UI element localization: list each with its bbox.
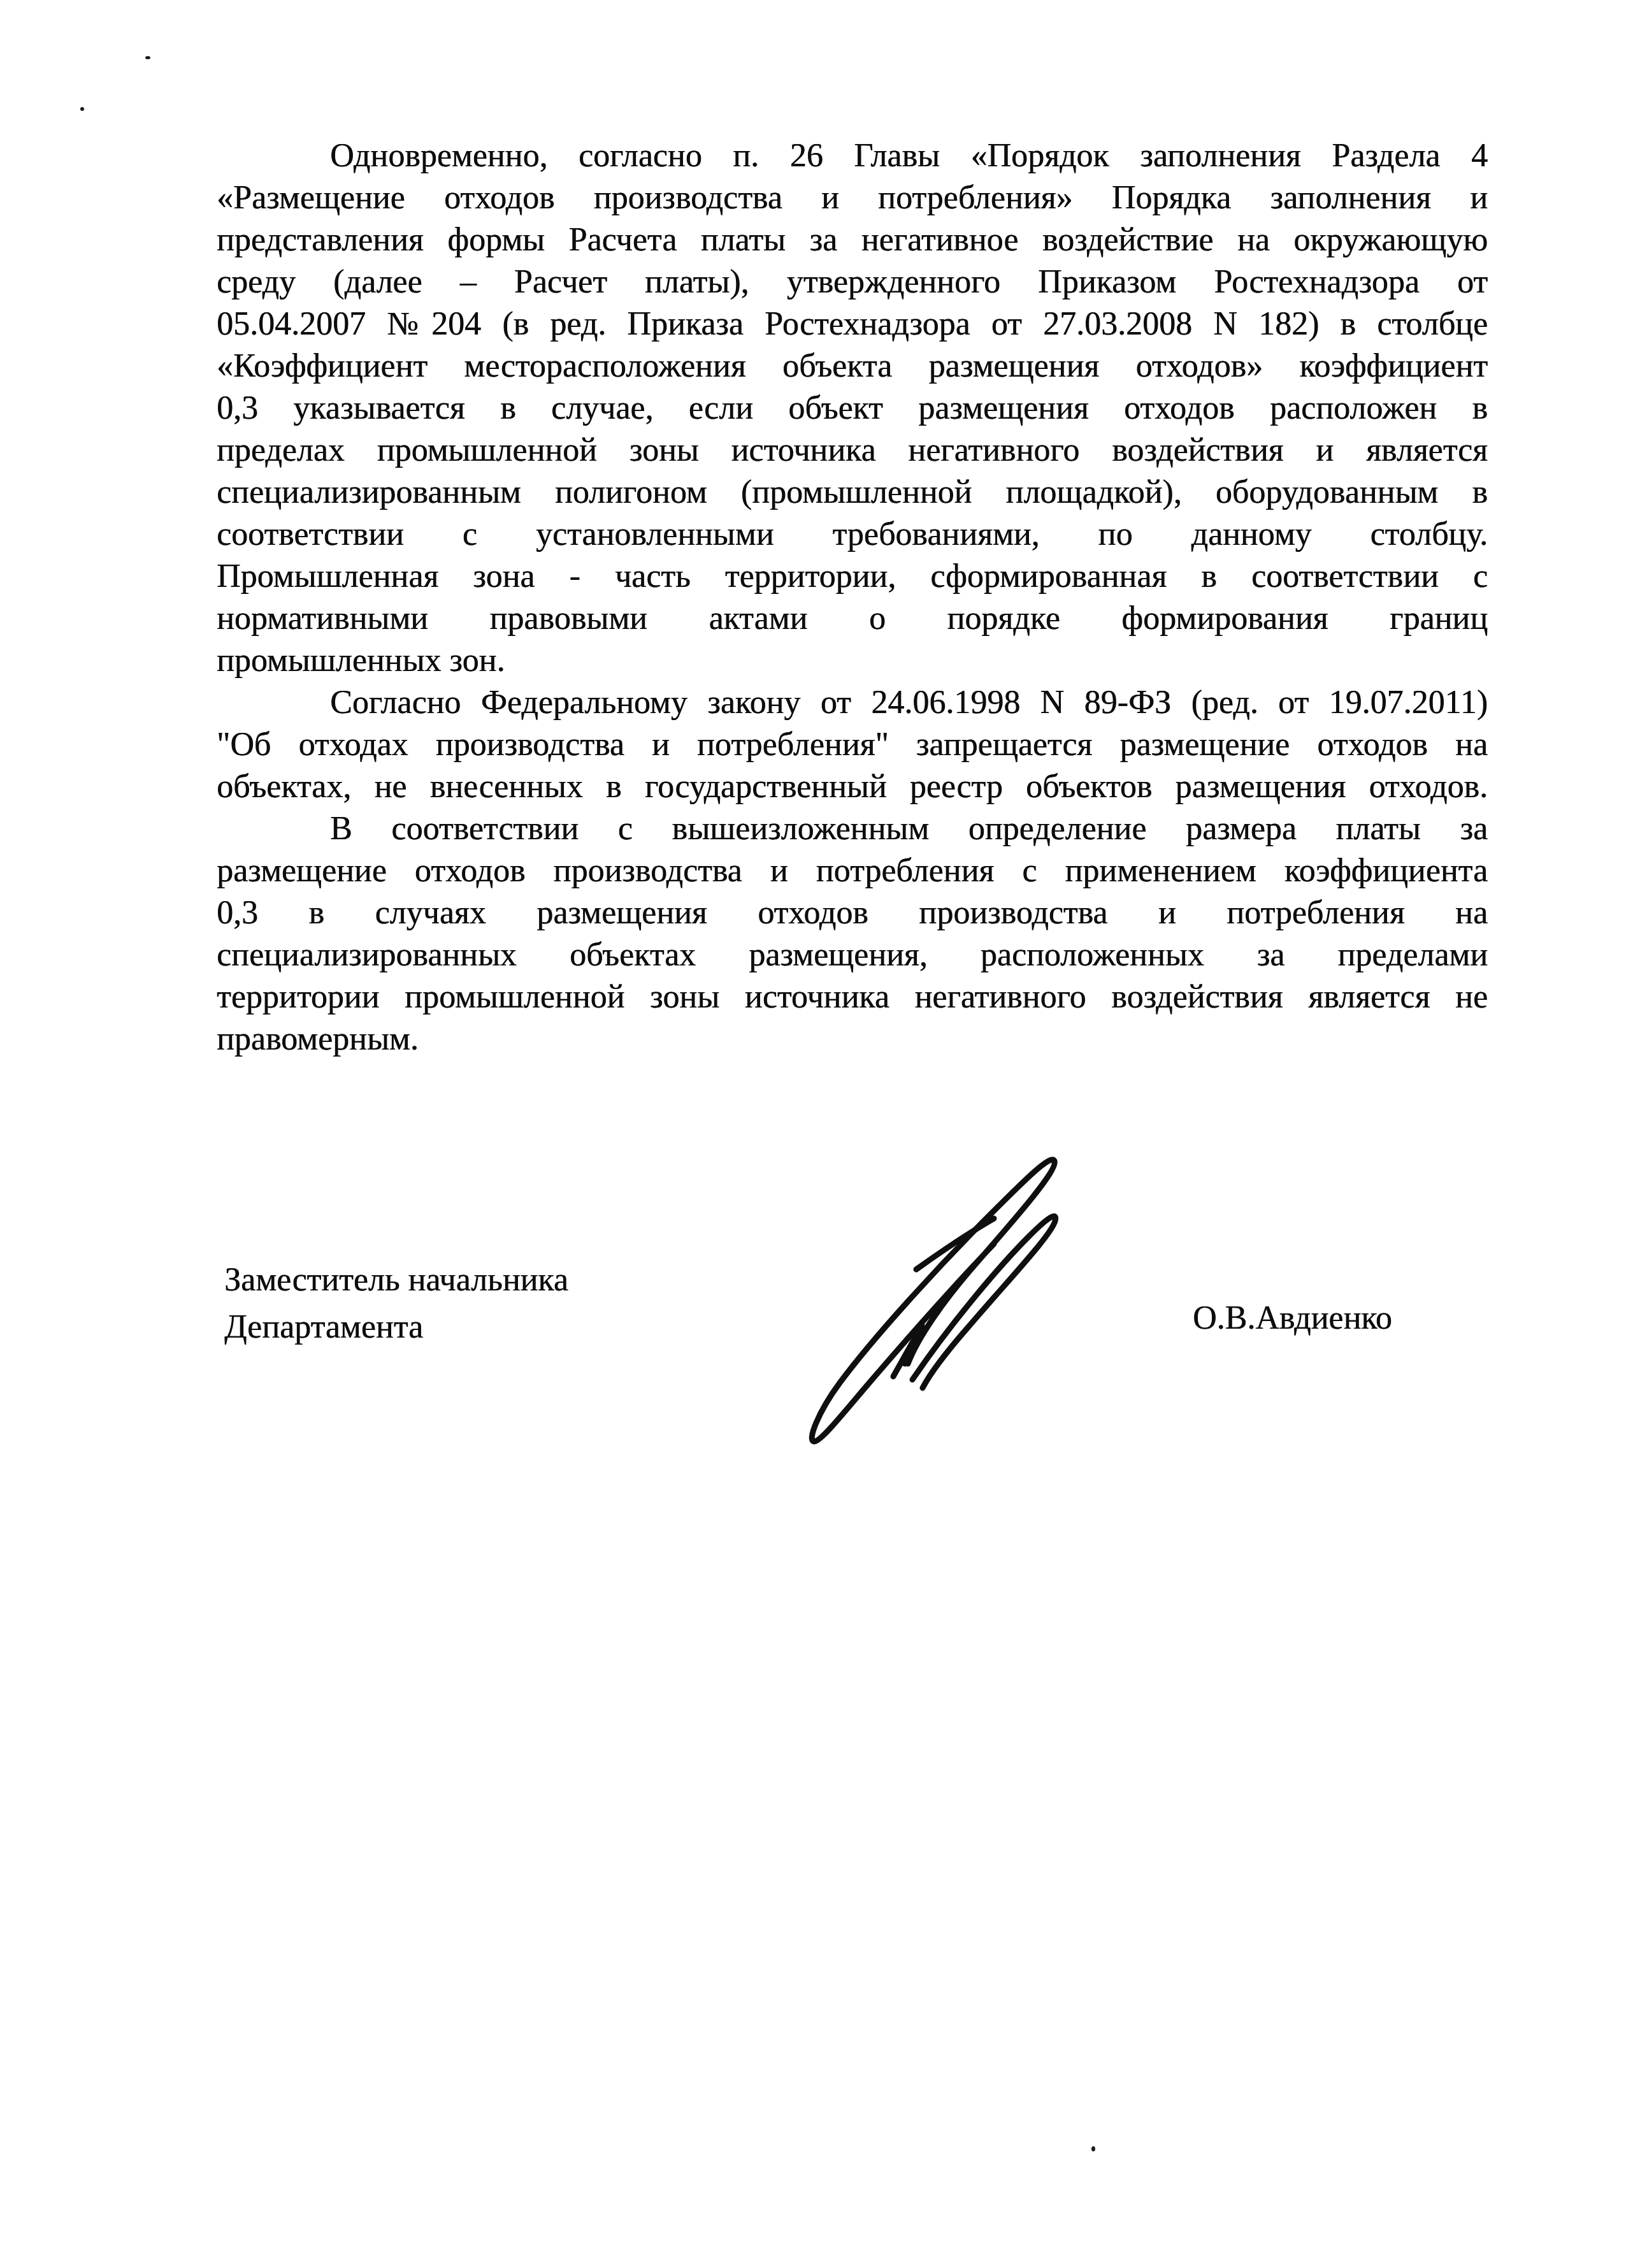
letter-body-text: Одновременно, согласно п. 26 Главы «Поря… xyxy=(217,135,1488,1060)
text-line: 05.04.2007 №204 (в ред. Приказа Ростехна… xyxy=(217,303,1488,345)
text-line: специализированным полигоном (промышленн… xyxy=(217,472,1488,514)
text-line: «Размещение отходов производства и потре… xyxy=(217,177,1488,219)
signatory-position-line2: Департамента xyxy=(224,1304,568,1351)
text-line: представления формы Расчета платы за нег… xyxy=(217,219,1488,261)
text-line: среду (далее – Расчет платы), утвержденн… xyxy=(217,261,1488,303)
text-line: правомерным. xyxy=(217,1018,1488,1060)
scan-artifact-dot xyxy=(80,107,84,111)
handwritten-signature xyxy=(752,1109,1134,1523)
text-line: промышленных зон. xyxy=(217,640,1488,682)
text-line: Одновременно, согласно п. 26 Главы «Поря… xyxy=(217,135,1488,177)
text-line: пределах промышленной зоны источника нег… xyxy=(217,430,1488,472)
text-line: В соответствии с вышеизложенным определе… xyxy=(217,808,1488,850)
text-line: соответствии с установленными требования… xyxy=(217,514,1488,556)
text-line: «Коэффициент месторасположения объекта р… xyxy=(217,345,1488,387)
scan-artifact-dot xyxy=(145,56,150,59)
signature-stroke-loop xyxy=(912,1216,1056,1388)
text-line: Согласно Федеральному закону от 24.06.19… xyxy=(217,682,1488,724)
scanned-letter-page: Одновременно, согласно п. 26 Главы «Поря… xyxy=(0,0,1633,2268)
signature-stroke-main xyxy=(812,1160,1054,1441)
text-line: 0,3 в случаях размещения отходов произво… xyxy=(217,892,1488,934)
text-line: нормативными правовыми актами о порядке … xyxy=(217,598,1488,640)
text-line: территории промышленной зоны источника н… xyxy=(217,976,1488,1018)
text-line: специализированных объектах размещения, … xyxy=(217,934,1488,976)
text-line: 0,3 указывается в случае, если объект ра… xyxy=(217,387,1488,430)
text-line: "Об отходах производства и потребления" … xyxy=(217,724,1488,766)
scan-artifact-dot xyxy=(1091,2146,1095,2151)
signatory-name: О.В.Авдиенко xyxy=(1193,1297,1392,1340)
signatory-position-line1: Заместитель начальника xyxy=(224,1257,568,1304)
text-line: Промышленная зона - часть территории, сф… xyxy=(217,556,1488,598)
signatory-position: Заместитель начальника Департамента xyxy=(224,1257,568,1351)
text-line: объектах, не внесенных в государственный… xyxy=(217,766,1488,808)
text-line: размещение отходов производства и потреб… xyxy=(217,850,1488,892)
signature-stroke-dash xyxy=(916,1218,994,1269)
